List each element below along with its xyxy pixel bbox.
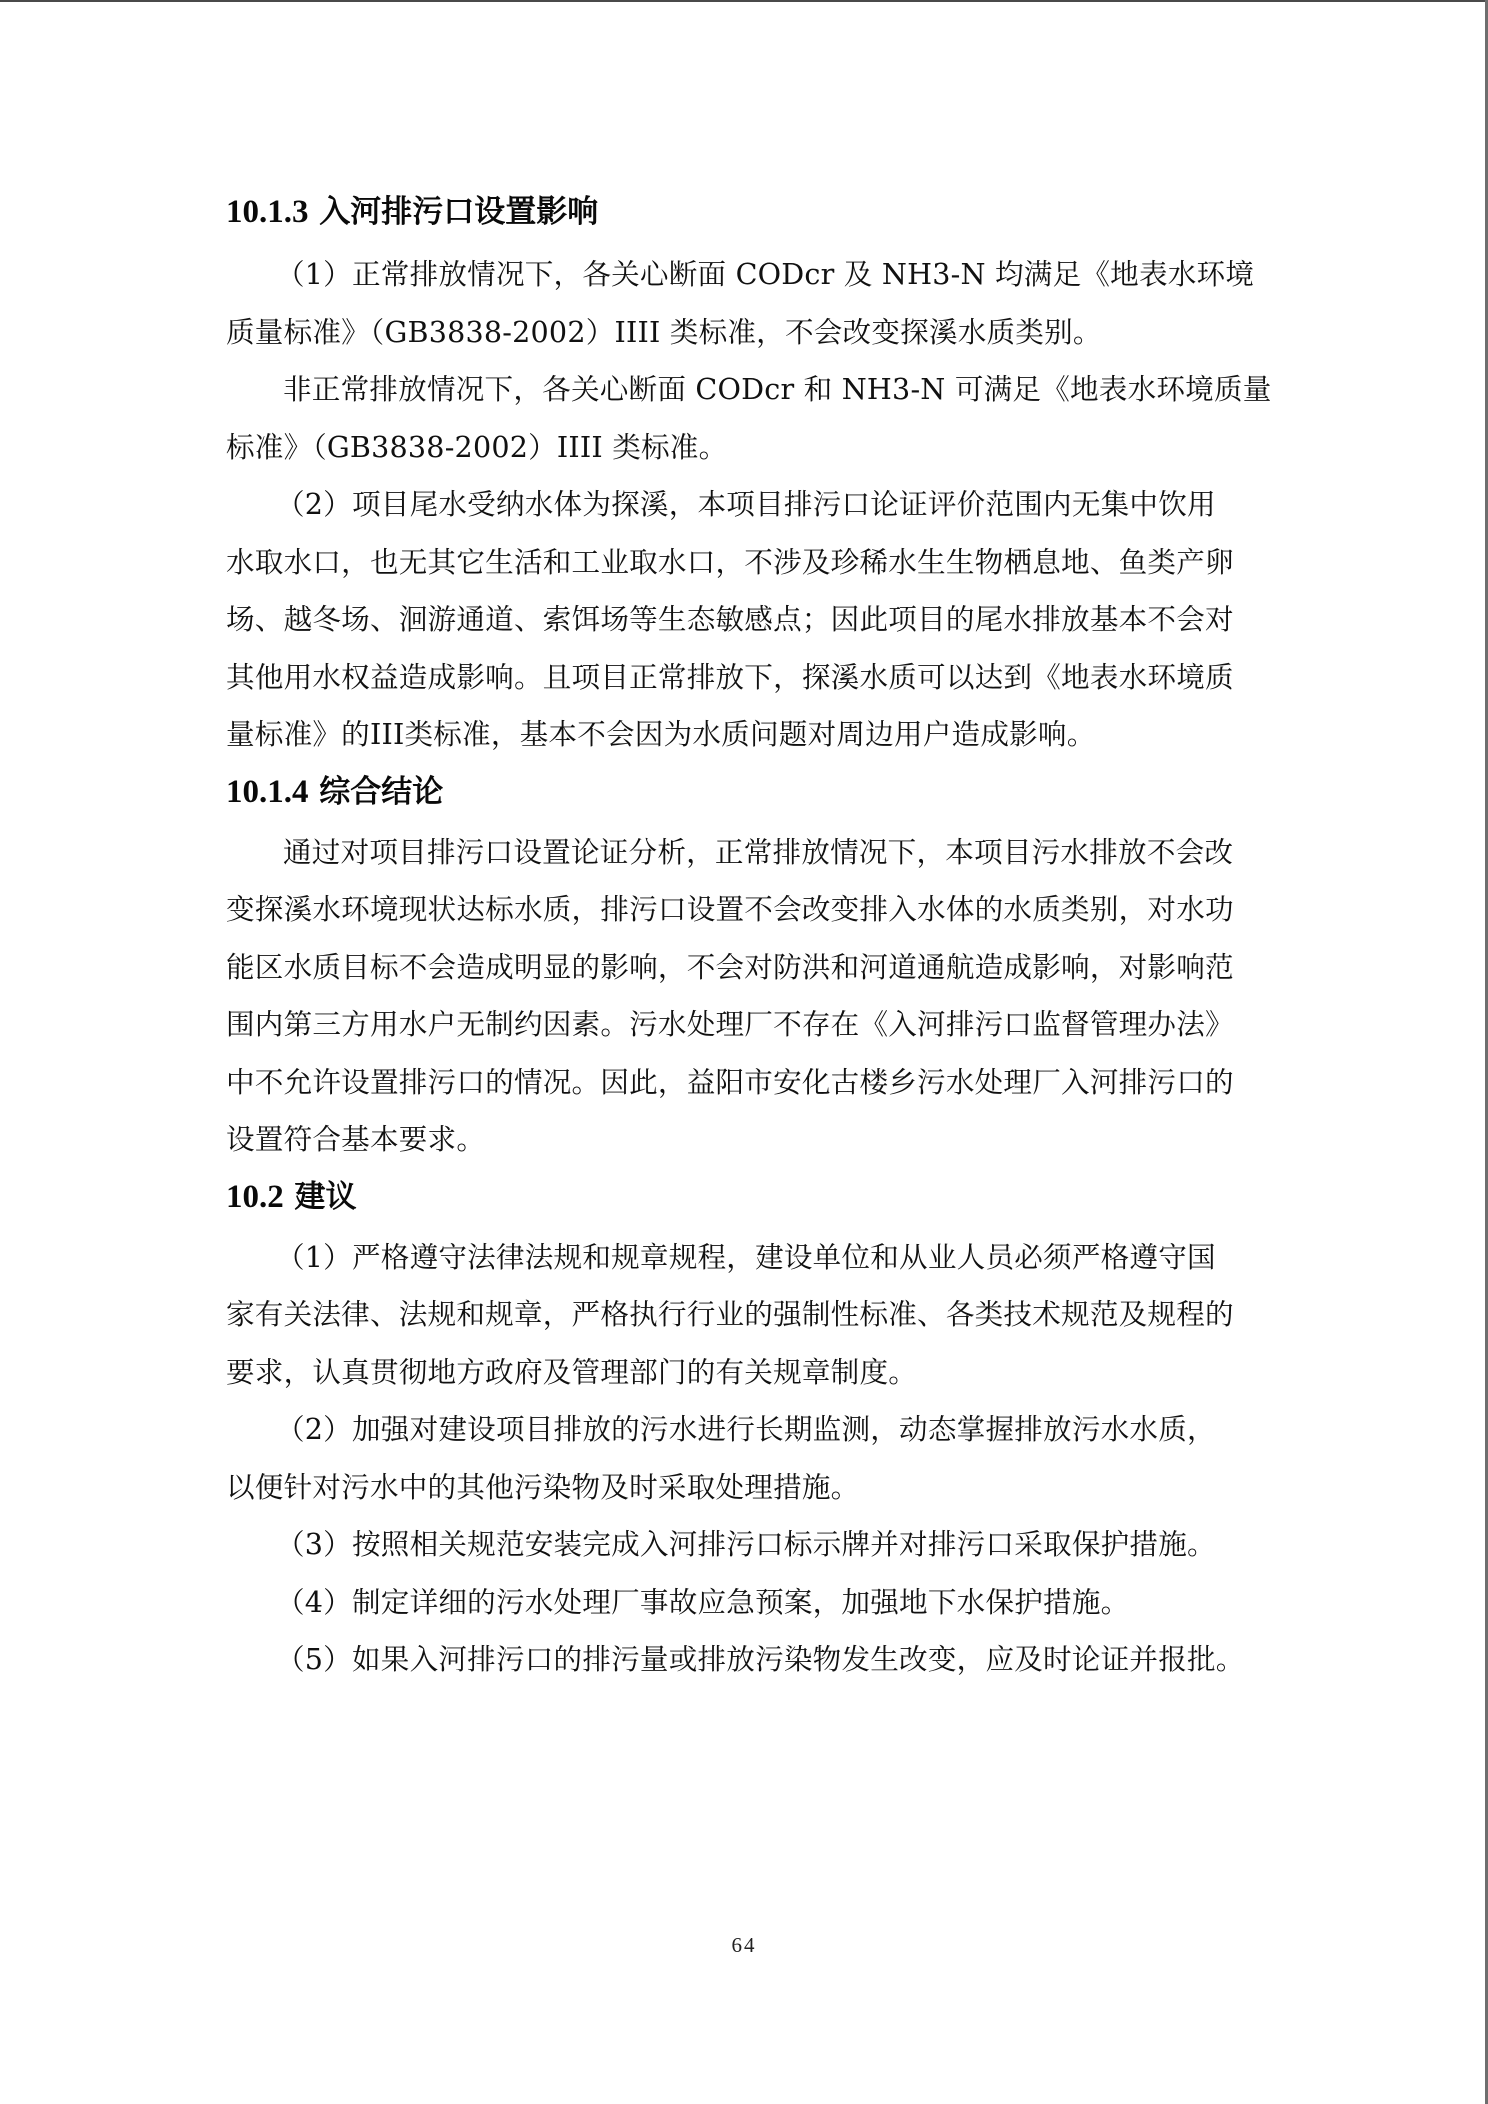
- text-line: 中不允许设置排污口的情况。因此，益阳市安化古楼乡污水处理厂入河排污口的: [226, 1054, 1262, 1112]
- text-line: 设置符合基本要求。: [226, 1111, 1262, 1169]
- paragraph: （2）加强对建设项目排放的污水进行长期监测，动态掌握排放污水水质， 以便针对污水…: [226, 1401, 1262, 1516]
- paragraph: （2）项目尾水受纳水体为探溪，本项目排污口论证评价范围内无集中饮用 水取水口，也…: [226, 476, 1262, 764]
- paragraph: （3）按照相关规范安装完成入河排污口标示牌并对排污口采取保护措施。: [226, 1516, 1262, 1574]
- section-10-2: 10.2 建议 （1）严格遵守法律法规和规章规程，建设单位和从业人员必须严格遵守…: [226, 1175, 1262, 1689]
- section-10-1-3: 10.1.3 入河排污口设置影响 （1）正常排放情况下，各关心断面 CODcr …: [226, 190, 1262, 764]
- text-line: 非正常排放情况下，各关心断面 CODcr 和 NH3-N 可满足《地表水环境质量: [226, 361, 1262, 419]
- section-number: 10.1.3: [226, 194, 309, 230]
- text-line: 通过对项目排污口设置论证分析，正常排放情况下，本项目污水排放不会改: [226, 824, 1262, 882]
- section-number: 10.1.4: [226, 774, 309, 810]
- text-line: 要求，认真贯彻地方政府及管理部门的有关规章制度。: [226, 1344, 1262, 1402]
- paragraph: （5）如果入河排污口的排污量或排放污染物发生改变，应及时论证并报批。: [226, 1631, 1262, 1689]
- page-top-edge: [0, 0, 1488, 2]
- text-line: （2）加强对建设项目排放的污水进行长期监测，动态掌握排放污水水质，: [226, 1401, 1262, 1459]
- text-line: 围内第三方用水户无制约因素。污水处理厂不存在《入河排污口监督管理办法》: [226, 996, 1262, 1054]
- text-line: （1）严格遵守法律法规和规章规程，建设单位和从业人员必须严格遵守国: [226, 1229, 1262, 1287]
- text-line: （3）按照相关规范安装完成入河排污口标示牌并对排污口采取保护措施。: [226, 1516, 1262, 1574]
- paragraph: （4）制定详细的污水处理厂事故应急预案，加强地下水保护措施。: [226, 1574, 1262, 1632]
- section-heading: 10.2 建议: [226, 1175, 1262, 1219]
- section-heading: 10.1.3 入河排污口设置影响: [226, 190, 1262, 234]
- paragraph: 通过对项目排污口设置论证分析，正常排放情况下，本项目污水排放不会改 变探溪水环境…: [226, 824, 1262, 1169]
- section-title: 综合结论: [319, 774, 443, 810]
- text-line: 水取水口，也无其它生活和工业取水口，不涉及珍稀水生生物栖息地、鱼类产卵: [226, 534, 1262, 592]
- paragraph: （1）严格遵守法律法规和规章规程，建设单位和从业人员必须严格遵守国 家有关法律、…: [226, 1229, 1262, 1402]
- text-line: 以便针对污水中的其他污染物及时采取处理措施。: [226, 1459, 1262, 1517]
- text-line: （1）正常排放情况下，各关心断面 CODcr 及 NH3-N 均满足《地表水环境: [226, 246, 1262, 304]
- text-line: 能区水质目标不会造成明显的影响，不会对防洪和河道通航造成影响，对影响范: [226, 939, 1262, 997]
- text-line: （5）如果入河排污口的排污量或排放污染物发生改变，应及时论证并报批。: [226, 1631, 1262, 1689]
- text-line: 量标准》的III类标准，基本不会因为水质问题对周边用户造成影响。: [226, 706, 1262, 764]
- text-line: （4）制定详细的污水处理厂事故应急预案，加强地下水保护措施。: [226, 1574, 1262, 1632]
- section-number: 10.2: [226, 1179, 284, 1215]
- text-line: 家有关法律、法规和规章，严格执行行业的强制性标准、各类技术规范及规程的: [226, 1286, 1262, 1344]
- text-line: 其他用水权益造成影响。且项目正常排放下，探溪水质可以达到《地表水环境质: [226, 649, 1262, 707]
- section-heading: 10.1.4 综合结论: [226, 770, 1262, 814]
- section-10-1-4: 10.1.4 综合结论 通过对项目排污口设置论证分析，正常排放情况下，本项目污水…: [226, 770, 1262, 1169]
- text-line: 场、越冬场、洄游通道、索饵场等生态敏感点；因此项目的尾水排放基本不会对: [226, 591, 1262, 649]
- text-line: 质量标准》（GB3838-2002）IIII 类标准，不会改变探溪水质类别。: [226, 304, 1262, 362]
- section-title: 建议: [295, 1179, 357, 1215]
- document-body: 10.1.3 入河排污口设置影响 （1）正常排放情况下，各关心断面 CODcr …: [226, 190, 1262, 1689]
- paragraph: 非正常排放情况下，各关心断面 CODcr 和 NH3-N 可满足《地表水环境质量…: [226, 361, 1262, 476]
- page-number: 64: [0, 1933, 1488, 1958]
- section-title: 入河排污口设置影响: [319, 194, 598, 230]
- text-line: （2）项目尾水受纳水体为探溪，本项目排污口论证评价范围内无集中饮用: [226, 476, 1262, 534]
- paragraph: （1）正常排放情况下，各关心断面 CODcr 及 NH3-N 均满足《地表水环境…: [226, 246, 1262, 361]
- text-line: 标准》（GB3838-2002）IIII 类标准。: [226, 419, 1262, 477]
- text-line: 变探溪水环境现状达标水质，排污口设置不会改变排入水体的水质类别，对水功: [226, 881, 1262, 939]
